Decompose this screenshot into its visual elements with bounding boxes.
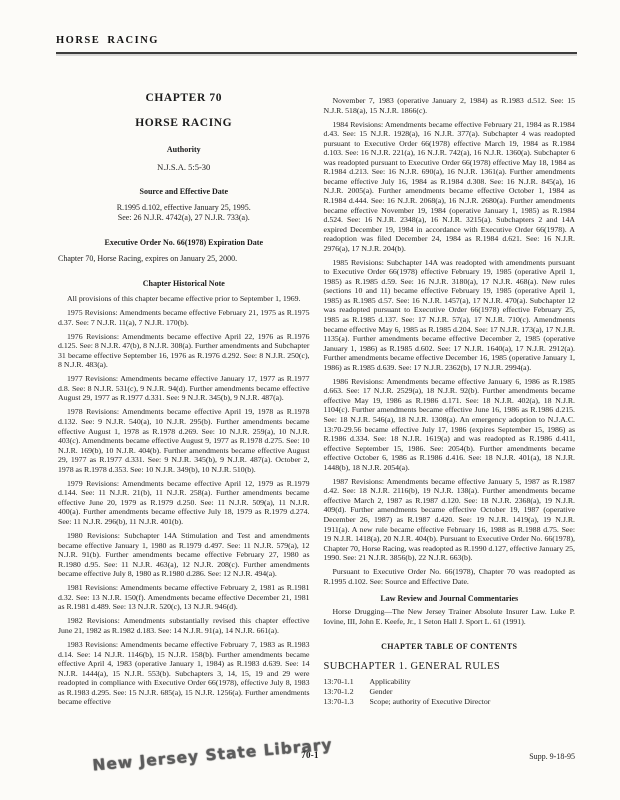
table-of-contents-heading: CHAPTER TABLE OF CONTENTS [324, 642, 576, 651]
chapter-number-heading: CHAPTER 70 [58, 92, 310, 104]
source-text: R.1995 d.102, effective January 25, 1995… [58, 203, 310, 223]
toc-entry-title: Gender [370, 687, 576, 697]
source-heading: Source and Effective Date [58, 187, 310, 196]
source-line-2: See: 26 N.J.R. 4742(a), 27 N.J.R. 733(a)… [58, 213, 310, 223]
historical-note-paragraph: 1975 Revisions: Amendments became effect… [58, 308, 310, 327]
header-rule [56, 52, 577, 54]
historical-note-paragraph: 1984 Revisions: Amendments became effect… [324, 120, 576, 254]
toc-entry: 13:70-1.3 Scope; authority of Executive … [324, 697, 576, 707]
historical-note-paragraph: 1983 Revisions: Amendments became effect… [58, 640, 310, 707]
historical-note-paragraphs-right: November 7, 1983 (operative January 2, 1… [324, 96, 576, 586]
right-column: November 7, 1983 (operative January 2, 1… [324, 90, 576, 711]
toc-entry: 13:70-1.1 Applicability [324, 677, 576, 687]
historical-note-paragraph: 1985 Revisions: Subchapter 14A was reado… [324, 258, 576, 373]
historical-note-paragraph: 1978 Revisions: Amendments became effect… [58, 407, 310, 474]
running-header-title: HORSE RACING [56, 35, 159, 46]
toc-entry-number: 13:70-1.3 [324, 697, 370, 707]
toc-entry: 13:70-1.2 Gender [324, 687, 576, 697]
law-review-heading: Law Review and Journal Commentaries [324, 594, 576, 603]
historical-note-paragraph: 1977 Revisions: Amendments became effect… [58, 374, 310, 403]
toc-list: 13:70-1.1 Applicability 13:70-1.2 Gender… [324, 677, 576, 706]
historical-note-paragraph: 1982 Revisions: Amendments substantially… [58, 616, 310, 635]
expiration-text: Chapter 70, Horse Racing, expires on Jan… [58, 254, 310, 264]
front-matter: CHAPTER 70 HORSE RACING Authority N.J.S.… [58, 92, 310, 288]
historical-note-paragraph: All provisions of this chapter became ef… [58, 294, 310, 304]
subchapter-heading: SUBCHAPTER 1. GENERAL RULES [324, 661, 576, 672]
toc-entry-title: Applicability [370, 677, 576, 687]
historical-note-paragraph: 1976 Revisions: Amendments became effect… [58, 332, 310, 370]
toc-entry-number: 13:70-1.2 [324, 687, 370, 697]
running-header: HORSE RACING [56, 30, 577, 54]
toc-entry-number: 13:70-1.1 [324, 677, 370, 687]
historical-note-paragraph: November 7, 1983 (operative January 2, 1… [324, 96, 576, 115]
historical-note-paragraph: 1986 Revisions: Amendments became effect… [324, 377, 576, 472]
source-line-1: R.1995 d.102, effective January 25, 1995… [58, 203, 310, 213]
expiration-heading: Executive Order No. 66(1978) Expiration … [58, 238, 310, 247]
toc-entry-title: Scope; authority of Executive Director [370, 697, 576, 707]
chapter-title-heading: HORSE RACING [58, 117, 310, 129]
left-column: CHAPTER 70 HORSE RACING Authority N.J.S.… [58, 90, 310, 711]
authority-heading: Authority [58, 145, 310, 154]
page-number: 70-1 [0, 750, 620, 760]
historical-note-paragraph: 1979 Revisions: Amendments became effect… [58, 479, 310, 527]
historical-note-paragraph: 1987 Revisions: Amendments became effect… [324, 477, 576, 563]
document-page: HORSE RACING CHAPTER 70 HORSE RACING Aut… [0, 0, 620, 800]
historical-note-paragraph: Pursuant to Executive Order No. 66(1978)… [324, 567, 576, 586]
historical-note-heading: Chapter Historical Note [58, 279, 310, 288]
historical-note-paragraph: 1981 Revisions: Amendments became effect… [58, 583, 310, 612]
law-review-text: Horse Drugging—The New Jersey Trainer Ab… [324, 607, 576, 626]
historical-note-paragraph: 1980 Revisions: Subchapter 14A Stimulati… [58, 531, 310, 579]
supplement-date: Supp. 9-18-95 [529, 752, 575, 761]
two-column-body: CHAPTER 70 HORSE RACING Authority N.J.S.… [58, 90, 575, 711]
authority-citation: N.J.S.A. 5:5-30 [58, 162, 310, 172]
historical-note-paragraphs-left: All provisions of this chapter became ef… [58, 294, 310, 707]
